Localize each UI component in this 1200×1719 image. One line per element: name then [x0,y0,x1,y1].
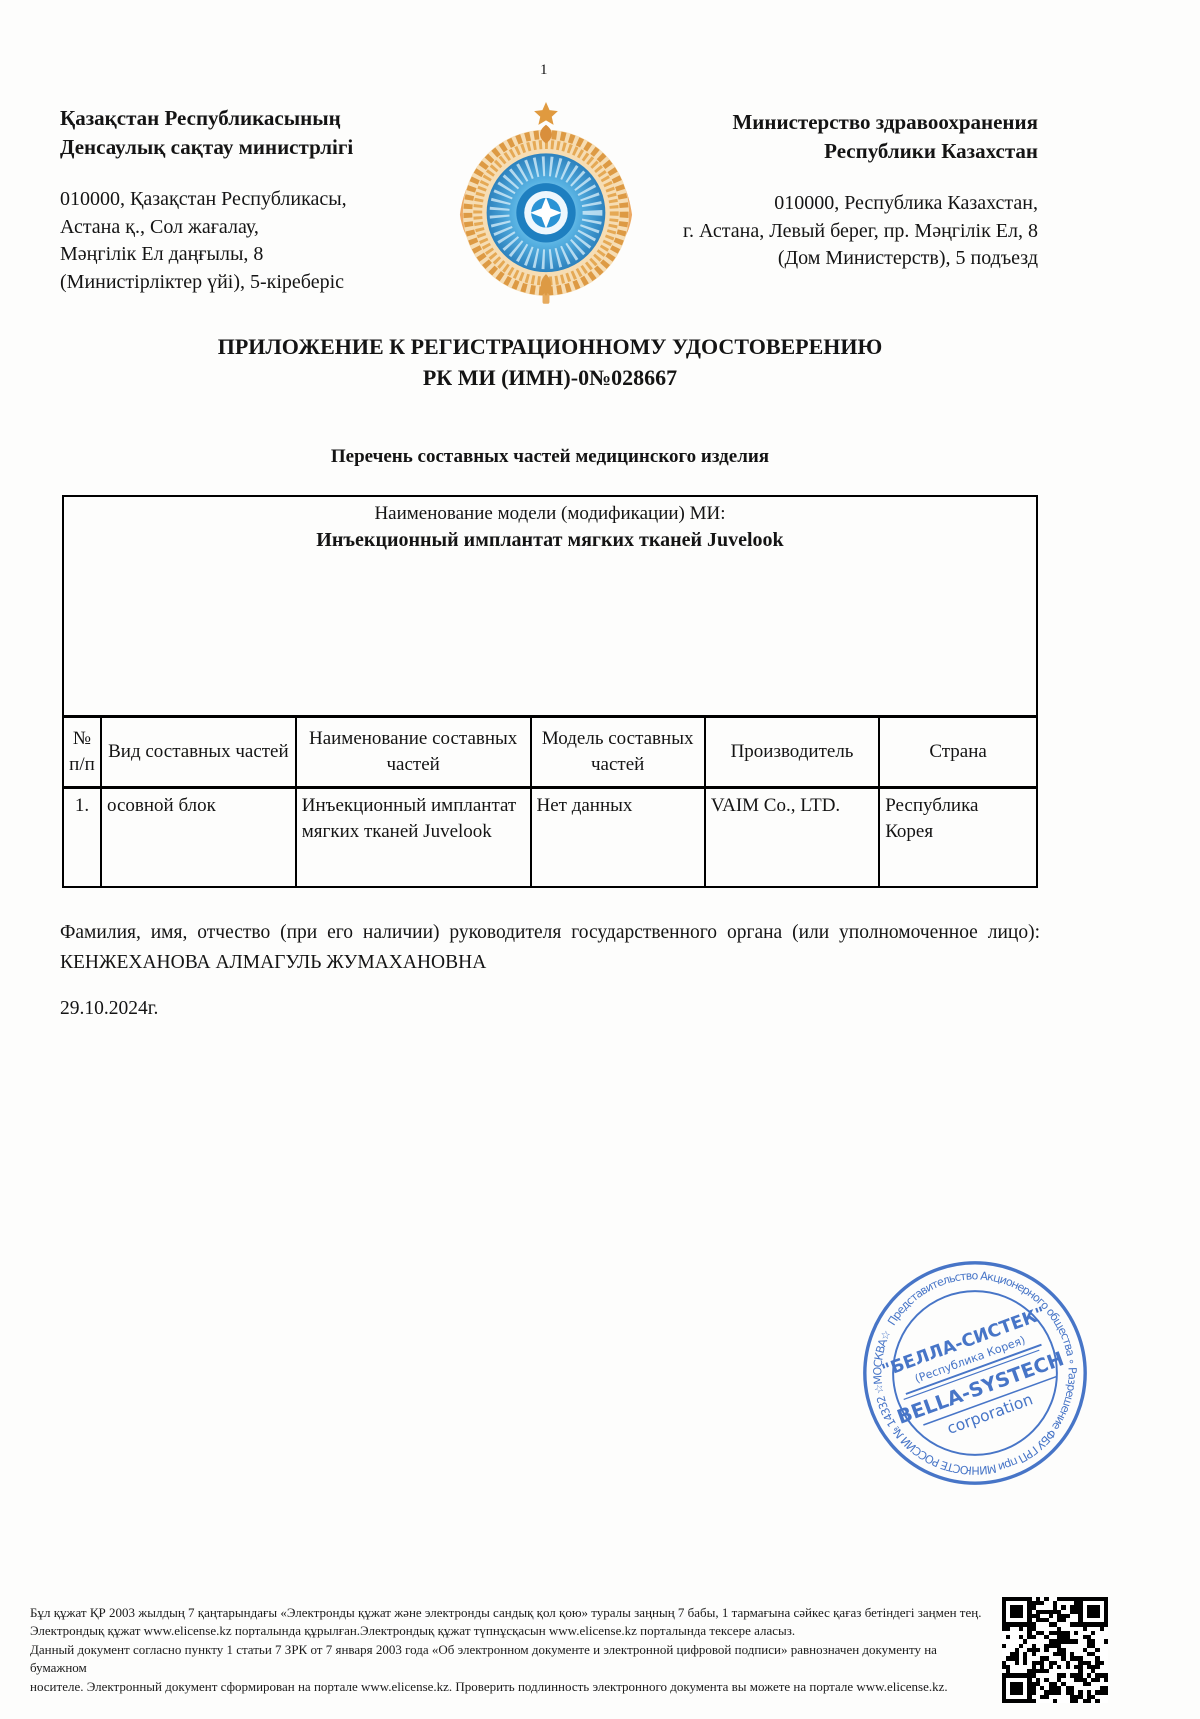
cell-manufacturer: VAIM Co., LTD. [705,788,879,888]
header-left-kazakh: Қазақстан Республикасының Денсаулық сақт… [60,104,390,296]
col-header-country: Страна [879,717,1037,788]
footer-legal-text: Бұл құжат ҚР 2003 жылдың 7 қаңтарындағы … [30,1604,985,1696]
ministry-title-kk-line2: Денсаулық сақтау министрлігі [60,133,390,162]
footer-line2: Электрондық құжат www.elicense.kz портал… [30,1622,985,1640]
col-header-manufacturer: Производитель [705,717,879,788]
cell-name: Инъекционный имплантат мягких тканей Juv… [296,788,531,888]
address-ru-line1: 010000, Республика Казахстан, [648,190,1038,218]
col-header-kind: Вид составных частей [101,717,296,788]
model-value: Инъекционный имплантат мягких тканей Juv… [65,529,1035,552]
ministry-title-kk: Қазақстан Республикасының Денсаулық сақт… [60,104,390,162]
address-kk-line2: Астана қ., Сол жағалау, [60,214,390,242]
footer-line4: носителе. Электронный документ сформиров… [30,1678,985,1696]
kazakhstan-coat-of-arms-icon [452,98,640,310]
cell-model: Нет данных [531,788,705,888]
cell-kind: осовной блок [101,788,296,888]
model-header-cell: Наименование модели (модификации) МИ: Ин… [63,496,1037,717]
cell-country: Республика Корея [879,788,1037,888]
document-title: ПРИЛОЖЕНИЕ К РЕГИСТРАЦИОННОМУ УДОСТОВЕРЕ… [0,332,1100,394]
col-header-num: № п/п [63,717,101,788]
table-row: 1. осовной блок Инъекционный имплантат м… [63,788,1037,888]
ministry-address-kk: 010000, Қазақстан Республикасы, Астана қ… [60,186,390,296]
company-stamp: Представительство Акционерного общества … [858,1256,1092,1490]
model-label: Наименование модели (модификации) МИ: [65,503,1035,525]
page-number: 1 [540,62,548,79]
ministry-title-ru: Министерство здравоохранения Республики … [648,108,1038,166]
footer-line3: Данный документ согласно пункту 1 статьи… [30,1641,985,1678]
document-title-line2: РК МИ (ИМН)-0№028667 [0,363,1100,394]
address-kk-line3: Мәңгілік Ел даңғылы, 8 [60,241,390,269]
qr-code [1002,1597,1108,1703]
ministry-title-ru-line1: Министерство здравоохранения [648,108,1038,137]
cell-num: 1. [63,788,101,888]
components-table: Наименование модели (модификации) МИ: Ин… [62,495,1038,888]
address-ru-line2: г. Астана, Левый берег, пр. Мәңгілік Ел,… [648,218,1038,246]
col-header-model: Модель составных частей [531,717,705,788]
ministry-address-ru: 010000, Республика Казахстан, г. Астана,… [648,190,1038,273]
ministry-title-kk-line1: Қазақстан Республикасының [60,104,390,133]
address-kk-line1: 010000, Қазақстан Республикасы, [60,186,390,214]
footer-line1: Бұл құжат ҚР 2003 жылдың 7 қаңтарындағы … [30,1604,985,1622]
document-date: 29.10.2024г. [60,998,158,1020]
header-right-russian: Министерство здравоохранения Республики … [648,108,1038,273]
col-header-name: Наименование составных частей [296,717,531,788]
document-subtitle: Перечень составных частей медицинского и… [0,446,1100,468]
ministry-title-ru-line2: Республики Казахстан [648,137,1038,166]
document-page: 1 Қазақстан Республикасының Денсаулық са… [0,0,1200,1719]
address-kk-line4: (Министірліктер үйі), 5-кіреберіс [60,269,390,297]
document-title-line1: ПРИЛОЖЕНИЕ К РЕГИСТРАЦИОННОМУ УДОСТОВЕРЕ… [0,332,1100,363]
signatory-text: Фамилия, имя, отчество (при его наличии)… [60,918,1040,978]
address-ru-line3: (Дом Министерств), 5 подъезд [648,245,1038,273]
table-header-row: № п/п Вид составных частей Наименование … [63,717,1037,788]
